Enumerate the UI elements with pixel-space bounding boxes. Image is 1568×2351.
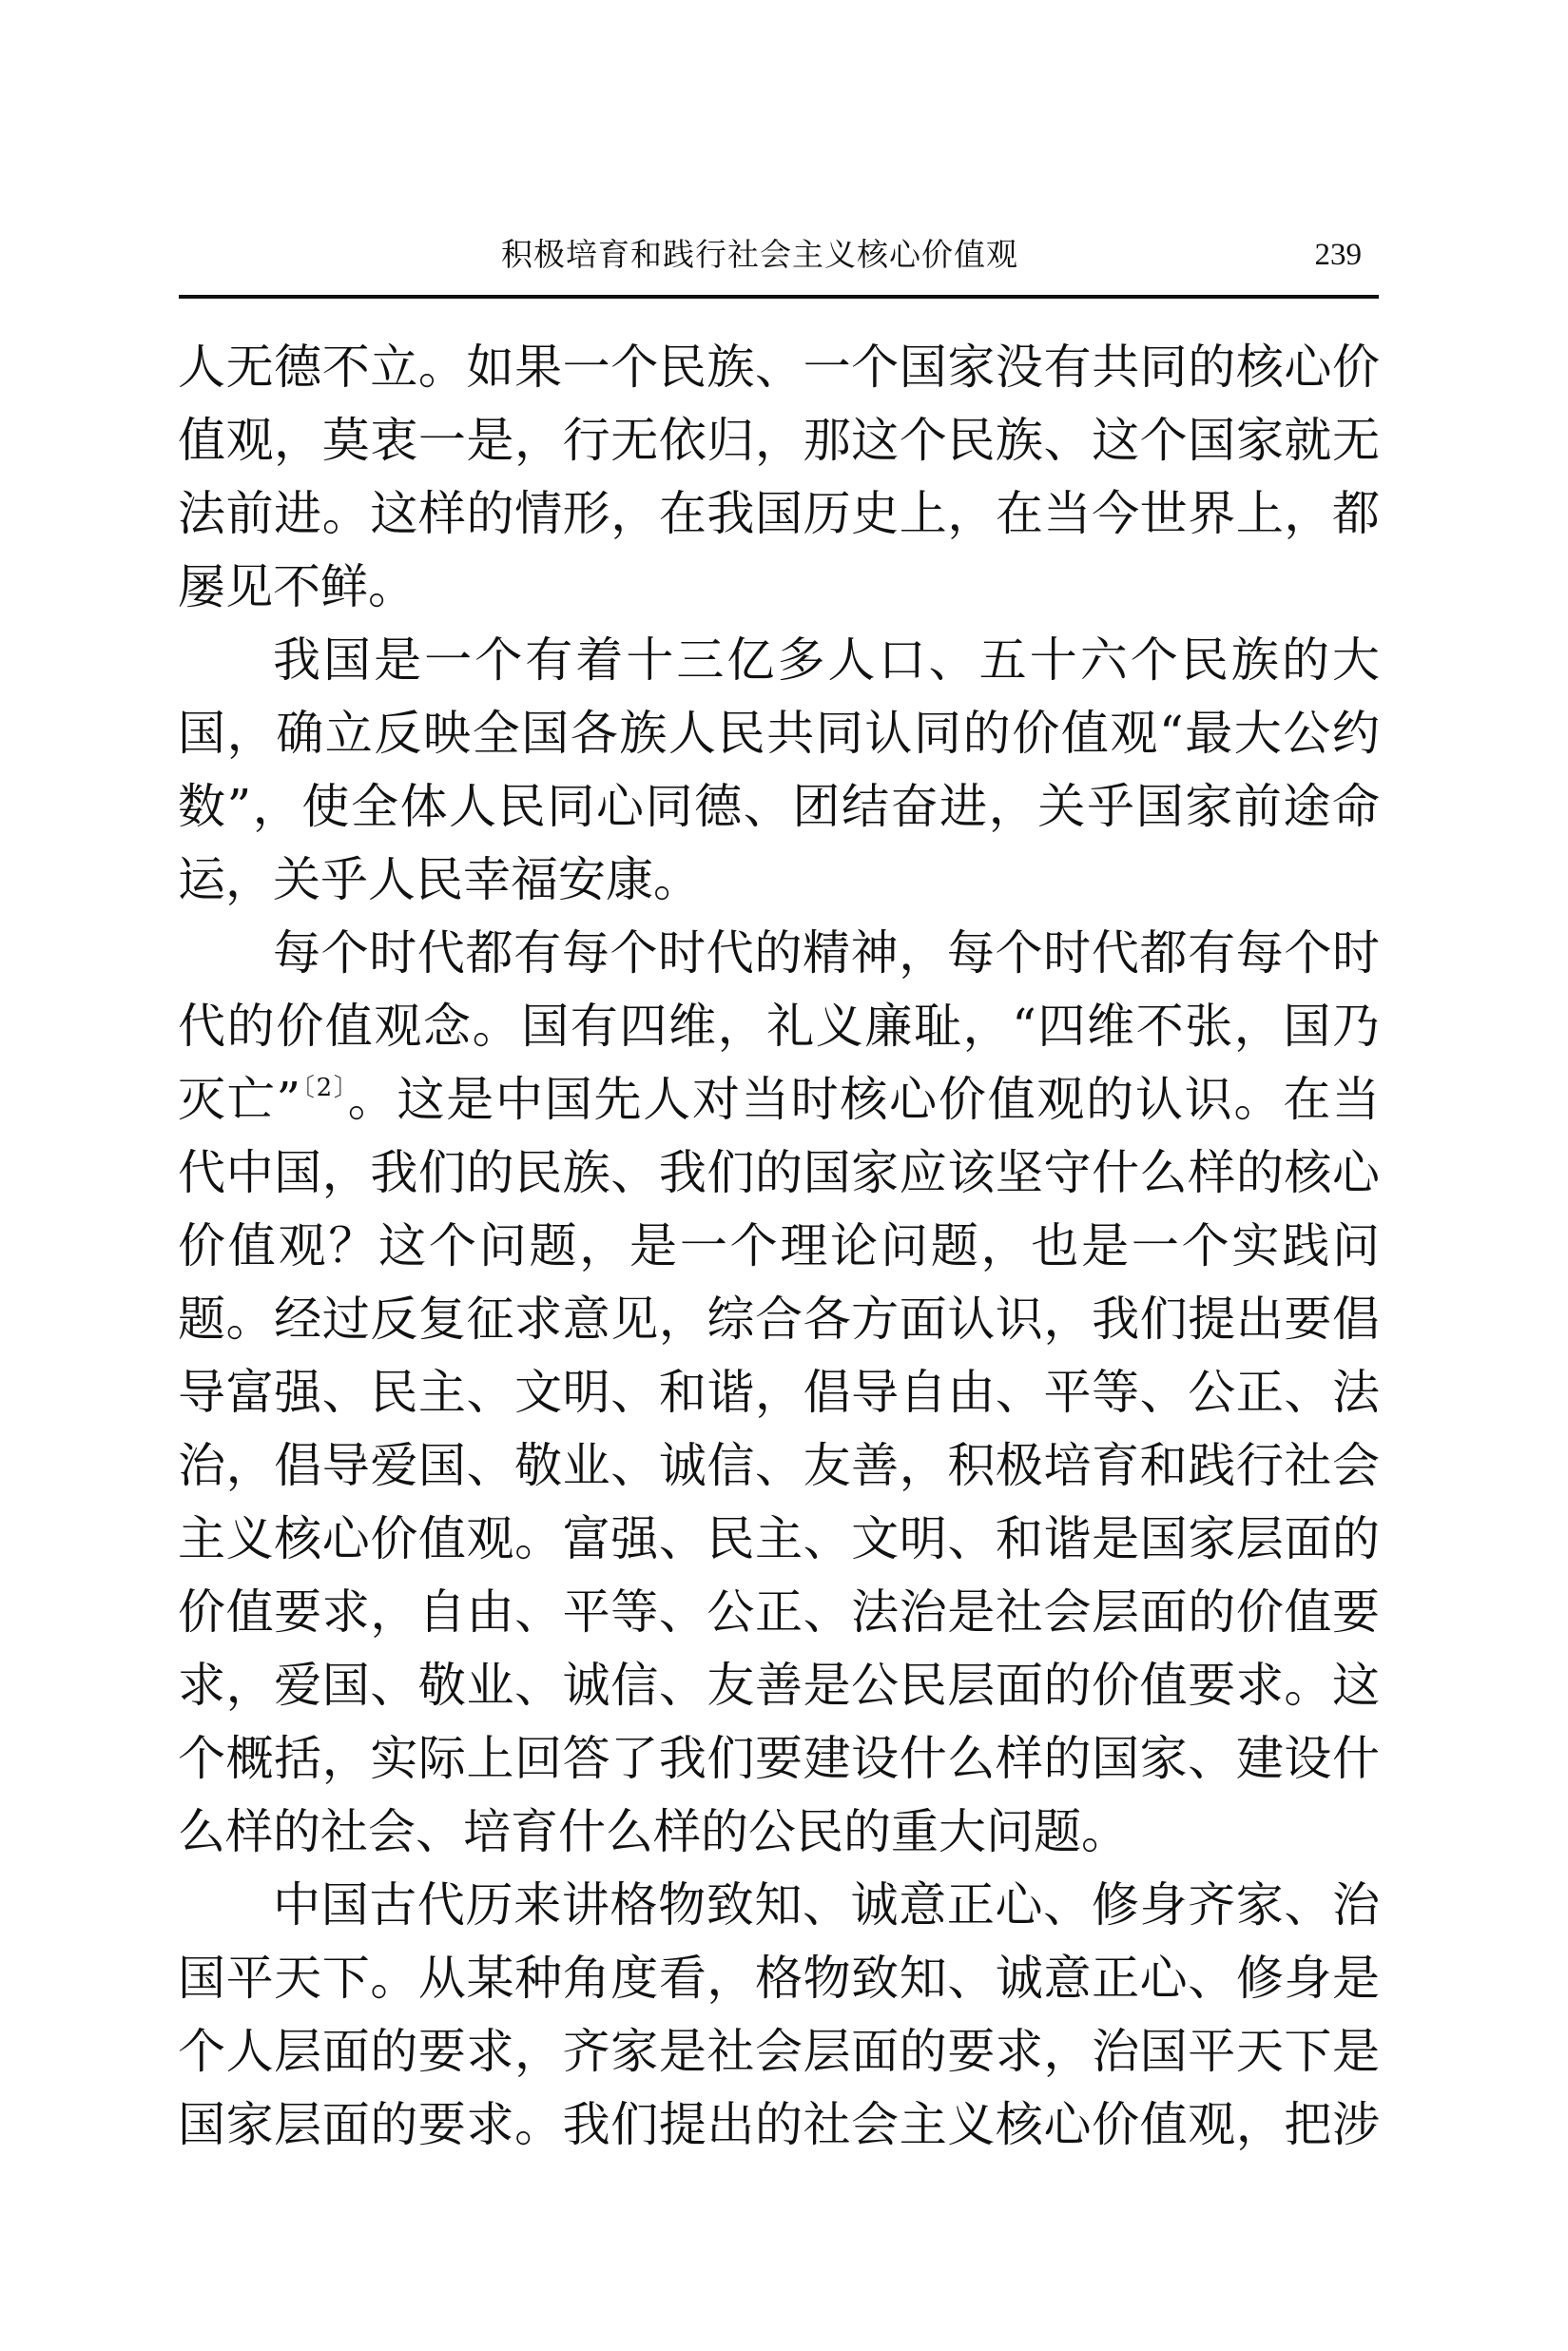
- text-line: 治，倡导爱国、敬业、诚信、友善，积极培育和践行社会: [178, 1429, 1380, 1503]
- text-line: 国家层面的要求。我们提出的社会主义核心价值观，把涉: [178, 2089, 1380, 2162]
- text-line: 个概括，实际上回答了我们要建设什么样的国家、建设什: [178, 1722, 1380, 1796]
- text-line: 价值观？这个问题，是一个理论问题，也是一个实践问: [178, 1210, 1380, 1283]
- text-line: 值观，莫衷一是，行无依归，那这个民族、这个国家就无: [178, 404, 1380, 477]
- running-header: 积极培育和践行社会主义核心价值观 239: [179, 226, 1379, 283]
- paragraph: 每个时代都有每个时代的精神，每个时代都有每个时 代的价值观念。国有四维，礼义廉耻…: [178, 917, 1380, 1869]
- text-line: 个人层面的要求，齐家是社会层面的要求，治国平天下是: [178, 2015, 1380, 2089]
- paragraph: 人无德不立。如果一个民族、一个国家没有共同的核心价 值观，莫衷一是，行无依归，那…: [178, 331, 1380, 624]
- running-title: 积极培育和践行社会主义核心价值观: [179, 226, 1379, 283]
- paragraph: 我国是一个有着十三亿多人口、五十六个民族的大 国，确立反映全国各族人民共同认同的…: [178, 624, 1380, 917]
- text-line-with-footnote: 灭亡”〔2〕。这是中国先人对当时核心价值观的认识。在当: [178, 1063, 1380, 1137]
- footnote-reference[interactable]: 〔2〕: [300, 1074, 348, 1102]
- text-line: 每个时代都有每个时代的精神，每个时代都有每个时: [178, 917, 1380, 990]
- text-line: 价值要求，自由、平等、公正、法治是社会层面的价值要: [178, 1576, 1380, 1649]
- text-line: 人无德不立。如果一个民族、一个国家没有共同的核心价: [178, 331, 1380, 404]
- book-page: 积极培育和践行社会主义核心价值观 239 人无德不立。如果一个民族、一个国家没有…: [0, 0, 1568, 2351]
- text-line: 代中国，我们的民族、我们的国家应该坚守什么样的核心: [178, 1137, 1380, 1210]
- text-segment: 灭亡”: [178, 1072, 300, 1127]
- text-line: 法前进。这样的情形，在我国历史上，在当今世界上，都: [178, 477, 1380, 551]
- text-line: 么样的社会、培育什么样的公民的重大问题。: [178, 1796, 1380, 1869]
- text-line: 题。经过反复征求意见，综合各方面认识，我们提出要倡: [178, 1283, 1380, 1356]
- text-line: 导富强、民主、文明、和谐，倡导自由、平等、公正、法: [178, 1356, 1380, 1429]
- page-number: 239: [1315, 226, 1363, 283]
- text-line: 国，确立反映全国各族人民共同认同的价值观“最大公约: [178, 697, 1380, 770]
- text-line: 数”，使全体人民同心同德、团结奋进，关乎国家前途命: [178, 770, 1380, 844]
- text-line: 国平天下。从某种角度看，格物致知、诚意正心、修身是: [178, 1942, 1380, 2015]
- header-rule: [179, 295, 1379, 299]
- text-line: 代的价值观念。国有四维，礼义廉耻，“四维不张，国乃: [178, 990, 1380, 1063]
- text-segment: 这是中国先人对当时核心价值观的认识。在当: [397, 1072, 1380, 1127]
- text-line: 求，爱国、敬业、诚信、友善是公民层面的价值要求。这: [178, 1649, 1380, 1722]
- body-text: 人无德不立。如果一个民族、一个国家没有共同的核心价 值观，莫衷一是，行无依归，那…: [178, 331, 1380, 2162]
- text-line: 我国是一个有着十三亿多人口、五十六个民族的大: [178, 624, 1380, 697]
- text-line: 屡见不鲜。: [178, 551, 1380, 624]
- text-line: 运，关乎人民幸福安康。: [178, 844, 1380, 917]
- text-line: 主义核心价值观。富强、民主、文明、和谐是国家层面的: [178, 1503, 1380, 1576]
- text-line: 中国古代历来讲格物致知、诚意正心、修身齐家、治: [178, 1869, 1380, 1942]
- paragraph: 中国古代历来讲格物致知、诚意正心、修身齐家、治 国平天下。从某种角度看，格物致知…: [178, 1869, 1380, 2162]
- text-segment: 。: [348, 1072, 397, 1127]
